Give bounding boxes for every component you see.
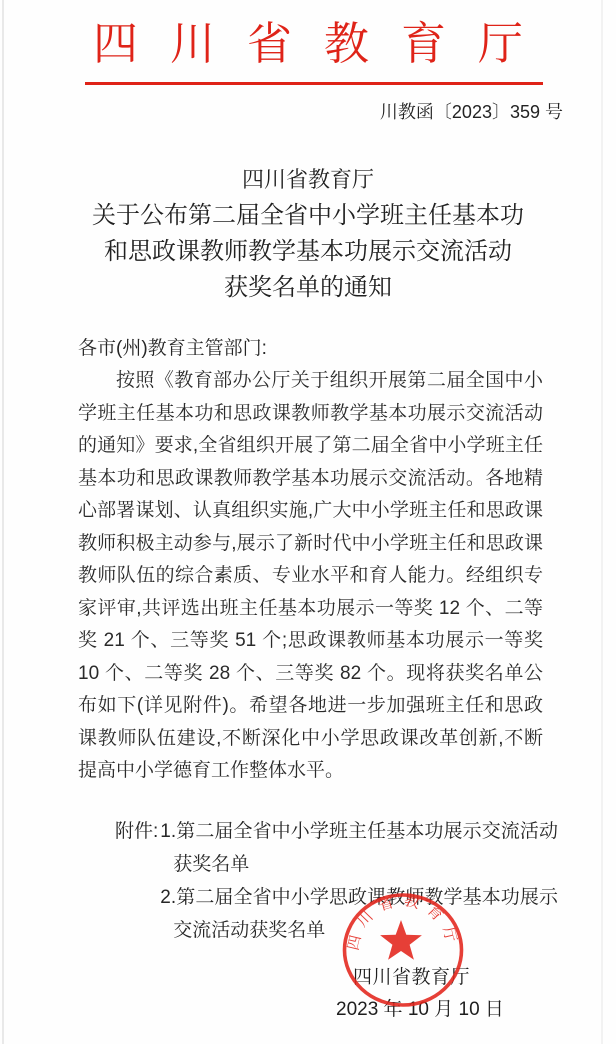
- document-number: 川教函〔2023〕359 号: [0, 100, 563, 124]
- title-line-4: 获奖名单的通知: [0, 270, 616, 306]
- recipient-line: 各市(州)教育主管部门:: [78, 333, 543, 365]
- letterhead-divider: [85, 82, 543, 85]
- official-letter-page: 四川省教育厅 川教函〔2023〕359 号 四川省教育厅 关于公布第二届全省中小…: [0, 0, 616, 1044]
- page-right-edge: [601, 0, 603, 1044]
- attachments-label: 附件:: [115, 815, 158, 947]
- body-paragraph: 按照《教育部办公厅关于组织开展第二届全国中小学班主任基本功和思政课教师教学基本功…: [78, 365, 543, 788]
- page-title: 四川省教育厅 关于公布第二届全省中小学班主任基本功 和思政课教师教学基本功展示交…: [0, 162, 616, 306]
- title-line-1: 四川省教育厅: [0, 162, 616, 198]
- attachment-item-1: 1.第二届全省中小学班主任基本功展示交流活动获奖名单: [160, 815, 558, 881]
- title-line-2: 关于公布第二届全省中小学班主任基本功: [0, 198, 616, 234]
- page-left-edge: [2, 0, 4, 1044]
- attachment-item-2: 2.第二届全省中小学思政课教师教学基本功展示交流活动获奖名单: [160, 881, 558, 947]
- title-line-3: 和思政课教师教学基本功展示交流活动: [0, 234, 616, 270]
- signature-date: 2023 年 10 月 10 日: [336, 994, 504, 1021]
- attachment-items: 1.第二届全省中小学班主任基本功展示交流活动获奖名单 2.第二届全省中小学思政课…: [160, 815, 558, 947]
- signature-agency: 四川省教育厅: [353, 962, 470, 989]
- attachments-block: 附件: 1.第二届全省中小学班主任基本功展示交流活动获奖名单 2.第二届全省中小…: [115, 815, 558, 947]
- letterhead-agency-name: 四川省教育厅: [0, 0, 616, 67]
